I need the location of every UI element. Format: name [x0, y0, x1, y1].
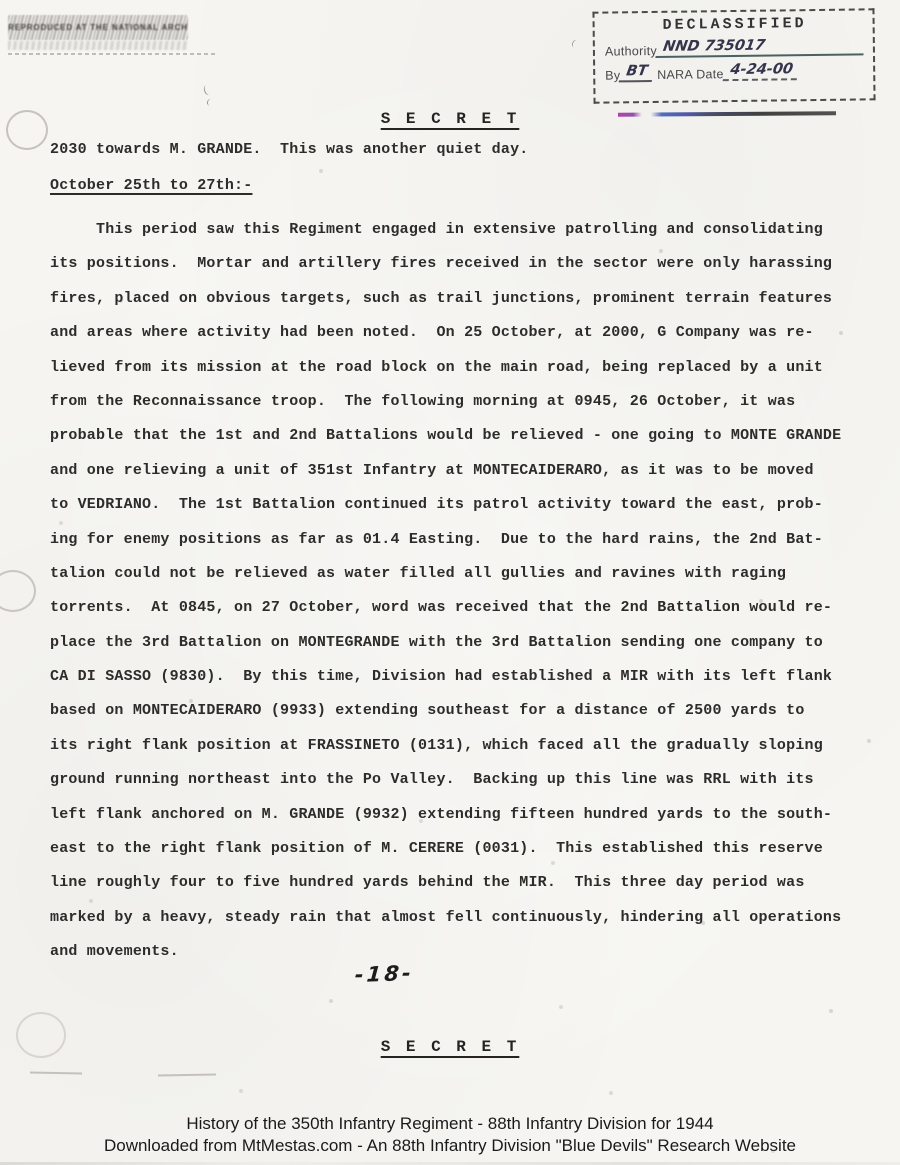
smudge-rule: [8, 53, 216, 55]
typed-line: probable that the 1st and 2nd Battalions…: [50, 419, 841, 453]
typed-line: its right flank position at FRASSINETO (…: [50, 729, 841, 763]
authority-row: Authority NND 735017: [605, 36, 865, 58]
scan-streak: [158, 1073, 216, 1076]
pen-mark: [203, 84, 213, 96]
authority-value: NND 735017: [655, 36, 866, 58]
typed-line: lieved from its mission at the road bloc…: [50, 351, 841, 385]
page-number: -18-: [354, 961, 415, 987]
typed-line: from the Reconnaissance troop. The follo…: [50, 385, 841, 419]
typed-line: talion could not be relieved as water fi…: [50, 557, 841, 591]
typed-line: and movements.: [50, 935, 841, 969]
scan-noise-specks: [0, 0, 2, 2]
authority-label: Authority: [605, 44, 657, 59]
classification-header: S E C R E T: [0, 110, 900, 128]
site-footer: History of the 350th Infantry Regiment -…: [0, 1113, 900, 1156]
typed-line: to VEDRIANO. The 1st Battalion continued…: [50, 488, 841, 522]
declassified-title: DECLASSIFIED: [605, 14, 865, 34]
reproduced-stamp: REPRODUCED AT THE NATIONAL ARCHIVES: [8, 15, 188, 55]
footer-line1: History of the 350th Infantry Regiment -…: [0, 1113, 900, 1135]
typed-line: marked by a heavy, steady rain that almo…: [50, 901, 841, 935]
nara-row: By BT NARA Date 4-24-00: [605, 60, 865, 82]
typed-line: and areas where activity had been noted.…: [50, 316, 841, 350]
typed-line: and one relieving a unit of 351st Infant…: [50, 454, 841, 488]
typed-line: left flank anchored on M. GRANDE (9932) …: [50, 798, 841, 832]
nara-date-label: NARA Date: [653, 67, 724, 82]
footer-line2: Downloaded from MtMestas.com - An 88th I…: [0, 1135, 900, 1157]
typed-line: east to the right flank position of M. C…: [50, 832, 841, 866]
smudge-band: [8, 41, 188, 50]
intro-line: 2030 towards M. GRANDE. This was another…: [50, 141, 528, 158]
typed-line: based on MONTECAIDERARO (9933) extending…: [50, 694, 841, 728]
declassified-stamp: DECLASSIFIED Authority NND 735017 By BT …: [592, 8, 875, 103]
hole-punch-middle: [0, 570, 36, 612]
typed-line: CA DI SASSO (9830). By this time, Divisi…: [50, 660, 841, 694]
typed-line: place the 3rd Battalion on MONTEGRANDE w…: [50, 626, 841, 660]
body-paragraph: This period saw this Regiment engaged in…: [50, 213, 841, 970]
classification-footer: S E C R E T: [0, 1038, 900, 1056]
typed-line: This period saw this Regiment engaged in…: [50, 213, 841, 247]
scanned-document-page: REPRODUCED AT THE NATIONAL ARCHIVES DECL…: [0, 0, 900, 1165]
hole-punch-top: [6, 110, 48, 150]
reproduced-stamp-band: REPRODUCED AT THE NATIONAL ARCHIVES: [8, 15, 188, 40]
reproduced-stamp-text: REPRODUCED AT THE NATIONAL ARCHIVES: [8, 23, 188, 32]
by-value: BT: [619, 63, 655, 82]
hole-punch-bottom: [16, 1012, 66, 1058]
typed-line: line roughly four to five hundred yards …: [50, 866, 841, 900]
typed-line: torrents. At 0845, on 27 October, word w…: [50, 591, 841, 625]
pen-mark: [571, 39, 580, 49]
typed-line: fires, placed on obvious targets, such a…: [50, 282, 841, 316]
scan-streak: [30, 1072, 82, 1075]
nara-date-value: 4-24-00: [722, 61, 800, 81]
typed-line: its positions. Mortar and artillery fire…: [50, 247, 841, 281]
typed-line: ground running northeast into the Po Val…: [50, 763, 841, 797]
section-heading-text: October 25th to 27th:-: [50, 177, 252, 194]
typed-line: ing for enemy positions as far as 01.4 E…: [50, 523, 841, 557]
section-heading: October 25th to 27th:-: [50, 177, 252, 194]
pen-mark: [207, 99, 215, 107]
